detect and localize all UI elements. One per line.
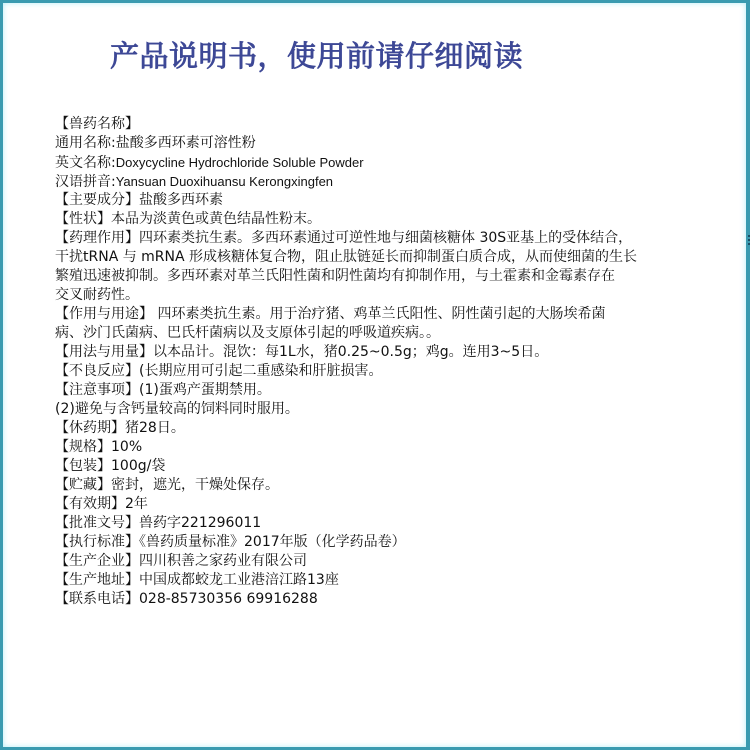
line-value: 密封，遮光，干燥处保存。 — [111, 477, 279, 493]
line-value: 猪28日。 — [125, 420, 185, 436]
line-label: 【休药期】 — [55, 420, 125, 436]
line-approval-number: 【批准文号】兽药字221296011 — [55, 514, 695, 533]
line-value: 2年 — [125, 496, 148, 512]
line-shelf-life: 【有效期】2年 — [55, 495, 695, 514]
line-value: 中国成都蛟龙工业港涪江路13座 — [139, 572, 339, 588]
line-value: 本品为淡黄色或黄色结晶性粉末。 — [111, 211, 321, 227]
line-label: 【性状】 — [55, 211, 111, 227]
line-value: 100g/袋 — [111, 458, 165, 474]
line-standard: 【执行标准】《兽药质量标准》2017年版（化学药品卷） — [55, 533, 695, 552]
line-value: 干扰tRNA 与 mRNA 形成核糖体复合物，阻止肽链延长而抑制蛋白质合成，从而… — [55, 249, 637, 265]
line-value: Yansuan Duoxihuansu Kerongxingfen — [116, 174, 333, 189]
line-label: 【联系电话】 — [55, 591, 139, 607]
line-label: 【包装】 — [55, 458, 111, 474]
line-label: 【兽药名称】 — [55, 116, 139, 132]
line-value: 交叉耐药性。 — [55, 287, 139, 303]
line-label: 汉语拼音: — [55, 174, 116, 190]
line-label: 通用名称: — [55, 135, 116, 151]
line-manufacturer: 【生产企业】四川积善之家药业有限公司 — [55, 552, 695, 571]
line-packaging: 【包装】100g/袋 — [55, 457, 695, 476]
line-phone: 【联系电话】028-85730356 69916288 — [55, 590, 695, 609]
line-value: 10% — [111, 439, 142, 455]
line-label: 【贮藏】 — [55, 477, 111, 493]
line-value: 四环素类抗生素。多西环素通过可逆性地与细菌核糖体 30S亚基上的受体结合， — [139, 230, 632, 246]
line-pinyin: 汉语拼音:Yansuan Duoxihuansu Kerongxingfen — [55, 172, 695, 191]
line-label: 【生产企业】 — [55, 553, 139, 569]
line-pharmacology-cont-2: 繁殖迅速被抑制。多西环素对革兰氏阳性菌和阴性菌均有抑制作用，与土霍素和金霉素存在 — [55, 267, 695, 286]
line-dosage: 【用法与用量】以本品计。混饮：每1L水，猪0.25~0.5g；鸡g。连用3~5日… — [55, 343, 695, 362]
line-pharmacology-cont-1: 干扰tRNA 与 mRNA 形成核糖体复合物，阻止肽链延长而抑制蛋白质合成，从而… — [55, 248, 695, 267]
line-label: 【主要成分】 — [55, 192, 139, 208]
line-pharmacology: 【药理作用】四环素类抗生素。多西环素通过可逆性地与细菌核糖体 30S亚基上的受体… — [55, 229, 695, 248]
line-value: 四环素类抗生素。用于治疗猪、鸡革兰氏阳性、阴性菌引起的大肠埃希菌 — [153, 306, 605, 322]
line-main-ingredient: 【主要成分】盐酸多西环素 — [55, 191, 695, 210]
line-appearance: 【性状】本品为淡黄色或黄色结晶性粉末。 — [55, 210, 695, 229]
line-address: 【生产地址】中国成都蛟龙工业港涪江路13座 — [55, 571, 695, 590]
line-pharmacology-cont-3: 交叉耐药性。 — [55, 286, 695, 305]
line-withdrawal-period: 【休药期】猪28日。 — [55, 419, 695, 438]
line-value: (2)避免与含钙量较高的饲料同时服用。 — [55, 401, 299, 417]
line-label: 【注意事项】 — [55, 382, 139, 398]
line-indications-cont: 病、沙门氏菌病、巴氏杆菌病以及支原体引起的呼吸道疾病。。 — [55, 324, 695, 343]
line-value: 繁殖迅速被抑制。多西环素对革兰氏阳性菌和阴性菌均有抑制作用，与土霍素和金霉素存在 — [55, 268, 615, 284]
line-value: 盐酸多西环素可溶性粉 — [116, 135, 256, 151]
line-value: (长期应用可引起二重感染和肝脏损害。 — [139, 363, 382, 379]
line-label: 【作用与用途】 — [55, 306, 153, 322]
line-english-name: 英文名称:Doxycycline Hydrochloride Soluble P… — [55, 153, 695, 172]
line-storage: 【贮藏】密封，遮光，干燥处保存。 — [55, 476, 695, 495]
line-label: 英文名称: — [55, 155, 116, 171]
line-precautions-cont: (2)避免与含钙量较高的饲料同时服用。 — [55, 400, 695, 419]
line-adverse-reactions: 【不良反应】(长期应用可引起二重感染和肝脏损害。 — [55, 362, 695, 381]
line-value: 以本品计。混饮：每1L水，猪0.25~0.5g；鸡g。连用3~5日。 — [153, 344, 548, 360]
line-vet-drug-name: 【兽药名称】 — [55, 115, 695, 134]
page-title: 产品说明书，使用前请仔细阅读 — [110, 36, 580, 76]
line-label: 【批准文号】 — [55, 515, 139, 531]
line-precautions: 【注意事项】(1)蛋鸡产蛋期禁用。 — [55, 381, 695, 400]
line-label: 【用法与用量】 — [55, 344, 153, 360]
line-value: 《兽药质量标准》2017年版（化学药品卷） — [139, 534, 406, 550]
line-label: 【生产地址】 — [55, 572, 139, 588]
line-label: 【执行标准】 — [55, 534, 139, 550]
line-label: 【有效期】 — [55, 496, 125, 512]
line-value: 兽药字221296011 — [139, 515, 261, 531]
instructions-body: 【兽药名称】 通用名称:盐酸多西环素可溶性粉 英文名称:Doxycycline … — [55, 115, 695, 609]
line-value: 四川积善之家药业有限公司 — [139, 553, 307, 569]
line-label: 【规格】 — [55, 439, 111, 455]
line-label: 【不良反应】 — [55, 363, 139, 379]
line-generic-name: 通用名称:盐酸多西环素可溶性粉 — [55, 134, 695, 153]
line-value: 病、沙门氏菌病、巴氏杆菌病以及支原体引起的呼吸道疾病。。 — [55, 325, 440, 341]
line-label: 【药理作用】 — [55, 230, 139, 246]
line-value: 盐酸多西环素 — [139, 192, 223, 208]
document-frame: 产品说明书，使用前请仔细阅读 【兽药名称】 通用名称:盐酸多西环素可溶性粉 英文… — [0, 0, 750, 750]
line-indications: 【作用与用途】 四环素类抗生素。用于治疗猪、鸡革兰氏阳性、阴性菌引起的大肠埃希菌 — [55, 305, 695, 324]
line-value: 028-85730356 69916288 — [139, 591, 318, 607]
line-specification: 【规格】10% — [55, 438, 695, 457]
line-value: Doxycycline Hydrochloride Soluble Powder — [116, 155, 364, 170]
line-value: (1)蛋鸡产蛋期禁用。 — [139, 382, 271, 398]
